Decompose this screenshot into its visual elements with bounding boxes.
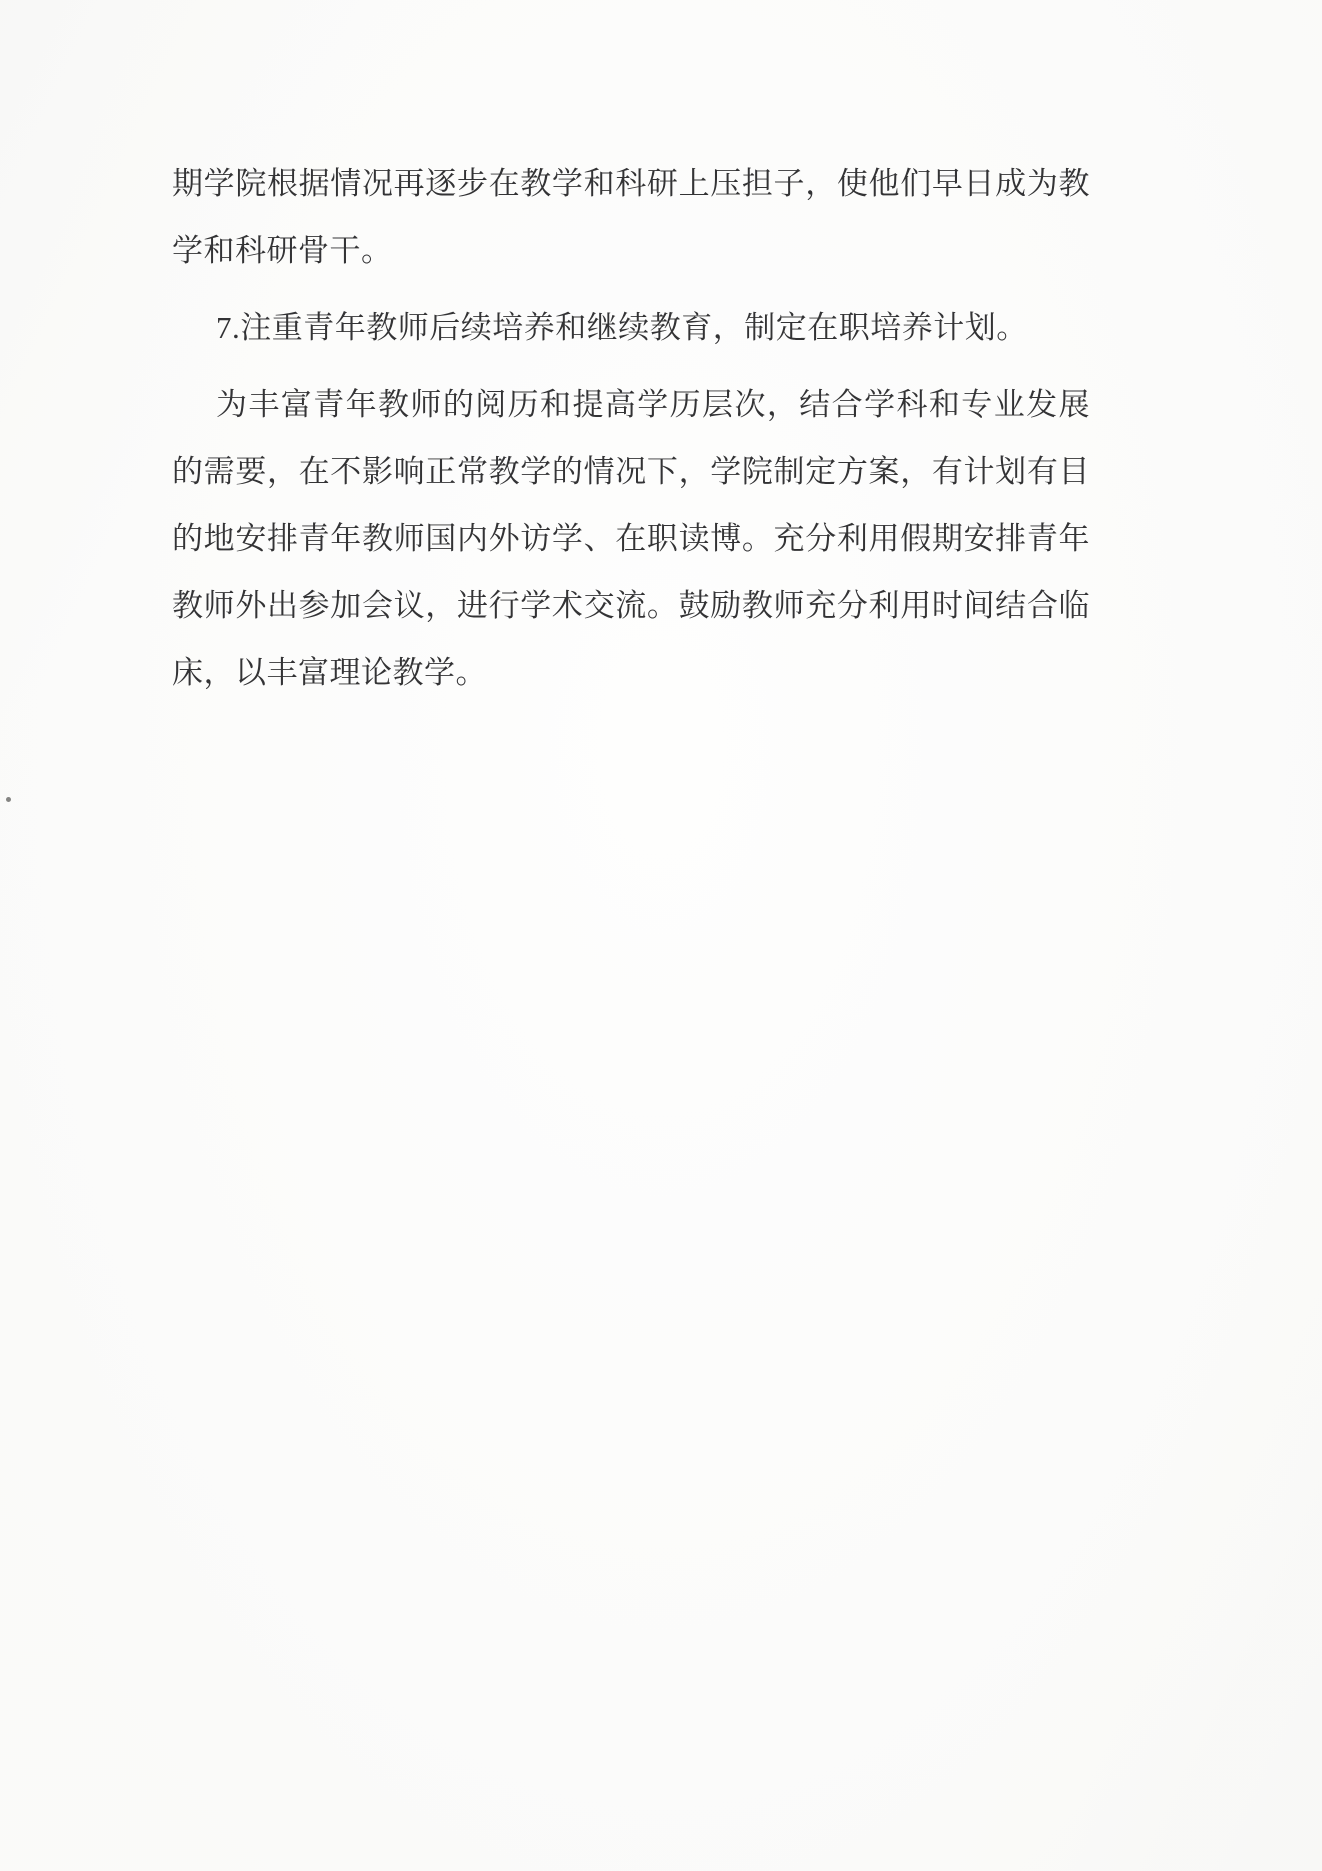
paragraph-continuation: 期学院根据情况再逐步在教学和科研上压担子，使他们早日成为教 学和科研骨干。 bbox=[172, 150, 1090, 284]
document-line: 的需要，在不影响正常教学的情况下，学院制定方案，有计划有目 bbox=[172, 438, 1090, 505]
paragraph-body: 为丰富青年教师的阅历和提高学历层次，结合学科和专业发展 的需要，在不影响正常教学… bbox=[172, 371, 1090, 706]
document-line: 为丰富青年教师的阅历和提高学历层次，结合学科和专业发展 bbox=[172, 371, 1090, 438]
document-line: 7.注重青年教师后续培养和继续教育，制定在职培养计划。 bbox=[172, 294, 1090, 361]
document-line: 教师外出参加会议，进行学术交流。鼓励教师充分利用时间结合临 bbox=[172, 572, 1090, 639]
document-line: 床，以丰富理论教学。 bbox=[172, 639, 1090, 706]
document-text-block: 期学院根据情况再逐步在教学和科研上压担子，使他们早日成为教 学和科研骨干。 7.… bbox=[172, 150, 1090, 716]
paragraph-item-7: 7.注重青年教师后续培养和继续教育，制定在职培养计划。 bbox=[172, 294, 1090, 361]
document-line: 的地安排青年教师国内外访学、在职读博。充分利用假期安排青年 bbox=[172, 505, 1090, 572]
document-line: 学和科研骨干。 bbox=[172, 217, 1090, 284]
document-line: 期学院根据情况再逐步在教学和科研上压担子，使他们早日成为教 bbox=[172, 150, 1090, 217]
scanned-document-page: 期学院根据情况再逐步在教学和科研上压担子，使他们早日成为教 学和科研骨干。 7.… bbox=[0, 0, 1322, 1871]
scan-speck-artifact bbox=[6, 797, 11, 802]
